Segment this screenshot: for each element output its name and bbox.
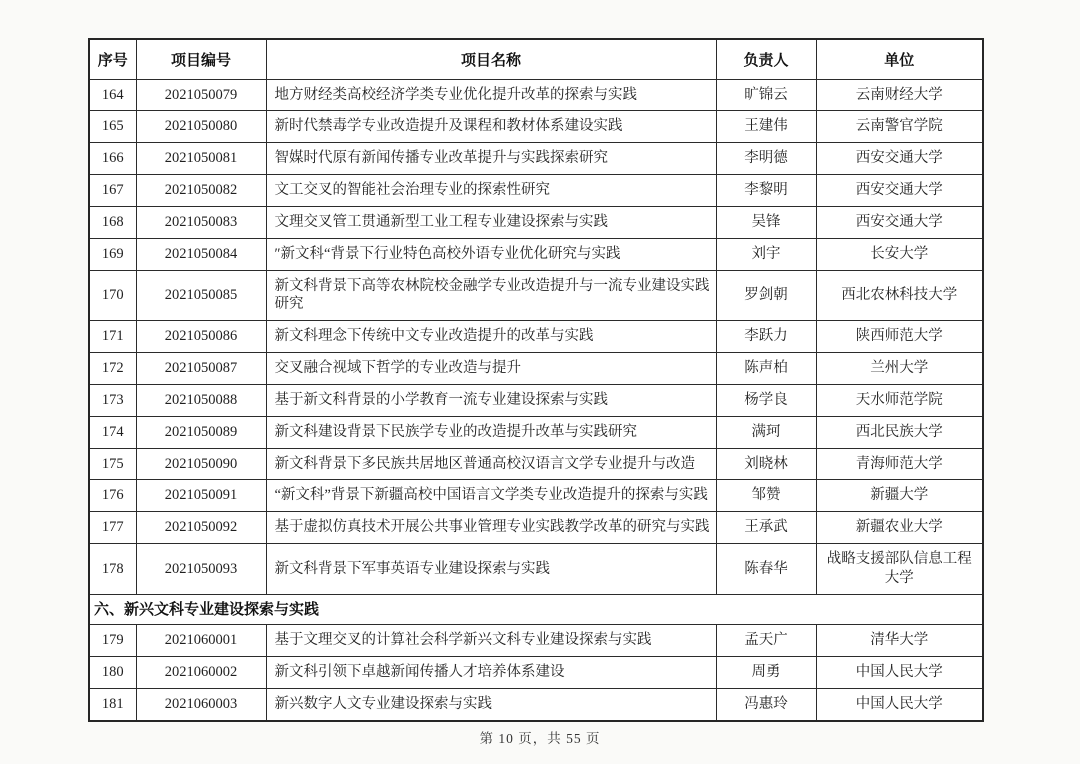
cell-code: 2021050091 bbox=[136, 480, 266, 512]
cell-code: 2021060003 bbox=[136, 689, 266, 721]
header-row: 序号 项目编号 项目名称 负责人 单位 bbox=[89, 39, 983, 79]
col-header-name: 项目名称 bbox=[266, 39, 716, 79]
cell-unit: 陕西师范大学 bbox=[816, 321, 983, 353]
cell-code: 2021050084 bbox=[136, 238, 266, 270]
cell-index: 175 bbox=[89, 448, 136, 480]
cell-unit: 中国人民大学 bbox=[816, 689, 983, 721]
cell-code: 2021050085 bbox=[136, 270, 266, 321]
section-row: 六、新兴文科专业建设探索与实践 bbox=[89, 594, 983, 625]
cell-leader: 陈声柏 bbox=[716, 353, 816, 385]
cell-leader: 冯惠玲 bbox=[716, 689, 816, 721]
table-row: 1662021050081智媒时代原有新闻传播专业改革提升与实践探索研究李明德西… bbox=[89, 143, 983, 175]
cell-unit: 新疆农业大学 bbox=[816, 512, 983, 544]
cell-code: 2021050086 bbox=[136, 321, 266, 353]
project-table: 序号 项目编号 项目名称 负责人 单位 1642021050079地方财经类高校… bbox=[88, 38, 984, 722]
cell-code: 2021050093 bbox=[136, 544, 266, 595]
page-number: 第 10 页，共 55 页 bbox=[0, 727, 1080, 747]
cell-name: 新文科引领下卓越新闻传播人才培养体系建设 bbox=[266, 657, 716, 689]
cell-index: 169 bbox=[89, 238, 136, 270]
cell-index: 165 bbox=[89, 111, 136, 143]
cell-leader: 周勇 bbox=[716, 657, 816, 689]
cell-name: 新文科建设背景下民族学专业的改造提升改革与实践研究 bbox=[266, 416, 716, 448]
cell-name: 新时代禁毒学专业改造提升及课程和教材体系建设实践 bbox=[266, 111, 716, 143]
cell-code: 2021050087 bbox=[136, 353, 266, 385]
table-row: 1702021050085新文科背景下高等农林院校金融学专业改造提升与一流专业建… bbox=[89, 270, 983, 321]
table-row: 1712021050086新文科理念下传统中文专业改造提升的改革与实践李跃力陕西… bbox=[89, 321, 983, 353]
table-row: 1642021050079地方财经类高校经济学类专业优化提升改革的探索与实践旷锦… bbox=[89, 79, 983, 111]
cell-leader: 罗剑朝 bbox=[716, 270, 816, 321]
table-body: 1642021050079地方财经类高校经济学类专业优化提升改革的探索与实践旷锦… bbox=[89, 79, 983, 721]
cell-index: 168 bbox=[89, 206, 136, 238]
cell-unit: 长安大学 bbox=[816, 238, 983, 270]
cell-leader: 刘宇 bbox=[716, 238, 816, 270]
cell-unit: 中国人民大学 bbox=[816, 657, 983, 689]
cell-unit: 清华大学 bbox=[816, 625, 983, 657]
cell-code: 2021050082 bbox=[136, 175, 266, 207]
col-header-code: 项目编号 bbox=[136, 39, 266, 79]
table-row: 1752021050090新文科背景下多民族共居地区普通高校汉语言文学专业提升与… bbox=[89, 448, 983, 480]
cell-leader: 刘晓林 bbox=[716, 448, 816, 480]
cell-index: 180 bbox=[89, 657, 136, 689]
cell-name: 新文科背景下多民族共居地区普通高校汉语言文学专业提升与改造 bbox=[266, 448, 716, 480]
cell-index: 177 bbox=[89, 512, 136, 544]
cell-code: 2021050090 bbox=[136, 448, 266, 480]
cell-code: 2021050079 bbox=[136, 79, 266, 111]
cell-leader: 李明德 bbox=[716, 143, 816, 175]
table-row: 1672021050082文工交叉的智能社会治理专业的探索性研究李黎明西安交通大… bbox=[89, 175, 983, 207]
cell-unit: 天水师范学院 bbox=[816, 384, 983, 416]
cell-leader: 杨学良 bbox=[716, 384, 816, 416]
table-header: 序号 项目编号 项目名称 负责人 单位 bbox=[89, 39, 983, 79]
cell-index: 178 bbox=[89, 544, 136, 595]
cell-unit: 西安交通大学 bbox=[816, 206, 983, 238]
table-row: 1812021060003新兴数字人文专业建设探索与实践冯惠玲中国人民大学 bbox=[89, 689, 983, 721]
cell-unit: 西北农林科技大学 bbox=[816, 270, 983, 321]
table-row: 1722021050087交叉融合视域下哲学的专业改造与提升陈声柏兰州大学 bbox=[89, 353, 983, 385]
cell-leader: 满珂 bbox=[716, 416, 816, 448]
table-row: 1652021050080新时代禁毒学专业改造提升及课程和教材体系建设实践王建伟… bbox=[89, 111, 983, 143]
cell-name: 智媒时代原有新闻传播专业改革提升与实践探索研究 bbox=[266, 143, 716, 175]
table-row: 1692021050084″新文科“背景下行业特色高校外语专业优化研究与实践刘宇… bbox=[89, 238, 983, 270]
cell-leader: 孟天广 bbox=[716, 625, 816, 657]
cell-unit: 青海师范大学 bbox=[816, 448, 983, 480]
cell-index: 164 bbox=[89, 79, 136, 111]
cell-unit: 西安交通大学 bbox=[816, 175, 983, 207]
cell-name: 基于新文科背景的小学教育一流专业建设探索与实践 bbox=[266, 384, 716, 416]
cell-index: 173 bbox=[89, 384, 136, 416]
cell-name: 新文科背景下军事英语专业建设探索与实践 bbox=[266, 544, 716, 595]
table-row: 1792021060001基于文理交叉的计算社会科学新兴文科专业建设探索与实践孟… bbox=[89, 625, 983, 657]
col-header-index: 序号 bbox=[89, 39, 136, 79]
cell-name: 基于文理交叉的计算社会科学新兴文科专业建设探索与实践 bbox=[266, 625, 716, 657]
cell-index: 181 bbox=[89, 689, 136, 721]
cell-leader: 李黎明 bbox=[716, 175, 816, 207]
cell-unit: 西北民族大学 bbox=[816, 416, 983, 448]
cell-leader: 旷锦云 bbox=[716, 79, 816, 111]
cell-name: 文工交叉的智能社会治理专业的探索性研究 bbox=[266, 175, 716, 207]
cell-name: ″新文科“背景下行业特色高校外语专业优化研究与实践 bbox=[266, 238, 716, 270]
cell-code: 2021060002 bbox=[136, 657, 266, 689]
cell-leader: 吴锋 bbox=[716, 206, 816, 238]
cell-leader: 王建伟 bbox=[716, 111, 816, 143]
cell-name: 新兴数字人文专业建设探索与实践 bbox=[266, 689, 716, 721]
cell-unit: 兰州大学 bbox=[816, 353, 983, 385]
cell-index: 170 bbox=[89, 270, 136, 321]
cell-code: 2021050092 bbox=[136, 512, 266, 544]
cell-name: 地方财经类高校经济学类专业优化提升改革的探索与实践 bbox=[266, 79, 716, 111]
cell-code: 2021050083 bbox=[136, 206, 266, 238]
cell-leader: 邹赞 bbox=[716, 480, 816, 512]
document-page: 序号 项目编号 项目名称 负责人 单位 1642021050079地方财经类高校… bbox=[0, 0, 1080, 764]
cell-index: 171 bbox=[89, 321, 136, 353]
cell-unit: 新疆大学 bbox=[816, 480, 983, 512]
cell-code: 2021050081 bbox=[136, 143, 266, 175]
cell-unit: 云南警官学院 bbox=[816, 111, 983, 143]
col-header-leader: 负责人 bbox=[716, 39, 816, 79]
cell-name: “新文科”背景下新疆高校中国语言文学类专业改造提升的探索与实践 bbox=[266, 480, 716, 512]
cell-name: 新文科理念下传统中文专业改造提升的改革与实践 bbox=[266, 321, 716, 353]
cell-leader: 李跃力 bbox=[716, 321, 816, 353]
cell-code: 2021050089 bbox=[136, 416, 266, 448]
cell-leader: 陈春华 bbox=[716, 544, 816, 595]
cell-index: 167 bbox=[89, 175, 136, 207]
table-row: 1762021050091“新文科”背景下新疆高校中国语言文学类专业改造提升的探… bbox=[89, 480, 983, 512]
table-row: 1802021060002新文科引领下卓越新闻传播人才培养体系建设周勇中国人民大… bbox=[89, 657, 983, 689]
col-header-unit: 单位 bbox=[816, 39, 983, 79]
cell-unit: 西安交通大学 bbox=[816, 143, 983, 175]
table-row: 1782021050093新文科背景下军事英语专业建设探索与实践陈春华战略支援部… bbox=[89, 544, 983, 595]
section-label: 六、新兴文科专业建设探索与实践 bbox=[89, 594, 983, 625]
cell-index: 166 bbox=[89, 143, 136, 175]
cell-index: 176 bbox=[89, 480, 136, 512]
cell-name: 基于虚拟仿真技术开展公共事业管理专业实践教学改革的研究与实践 bbox=[266, 512, 716, 544]
cell-unit: 云南财经大学 bbox=[816, 79, 983, 111]
cell-name: 文理交叉管工贯通新型工业工程专业建设探索与实践 bbox=[266, 206, 716, 238]
table-row: 1772021050092基于虚拟仿真技术开展公共事业管理专业实践教学改革的研究… bbox=[89, 512, 983, 544]
cell-unit: 战略支援部队信息工程大学 bbox=[816, 544, 983, 595]
cell-code: 2021050080 bbox=[136, 111, 266, 143]
cell-name: 新文科背景下高等农林院校金融学专业改造提升与一流专业建设实践研究 bbox=[266, 270, 716, 321]
cell-index: 179 bbox=[89, 625, 136, 657]
cell-leader: 王承武 bbox=[716, 512, 816, 544]
cell-index: 172 bbox=[89, 353, 136, 385]
cell-name: 交叉融合视域下哲学的专业改造与提升 bbox=[266, 353, 716, 385]
cell-code: 2021050088 bbox=[136, 384, 266, 416]
cell-index: 174 bbox=[89, 416, 136, 448]
table-row: 1732021050088基于新文科背景的小学教育一流专业建设探索与实践杨学良天… bbox=[89, 384, 983, 416]
cell-code: 2021060001 bbox=[136, 625, 266, 657]
table-row: 1682021050083文理交叉管工贯通新型工业工程专业建设探索与实践吴锋西安… bbox=[89, 206, 983, 238]
table-row: 1742021050089新文科建设背景下民族学专业的改造提升改革与实践研究满珂… bbox=[89, 416, 983, 448]
